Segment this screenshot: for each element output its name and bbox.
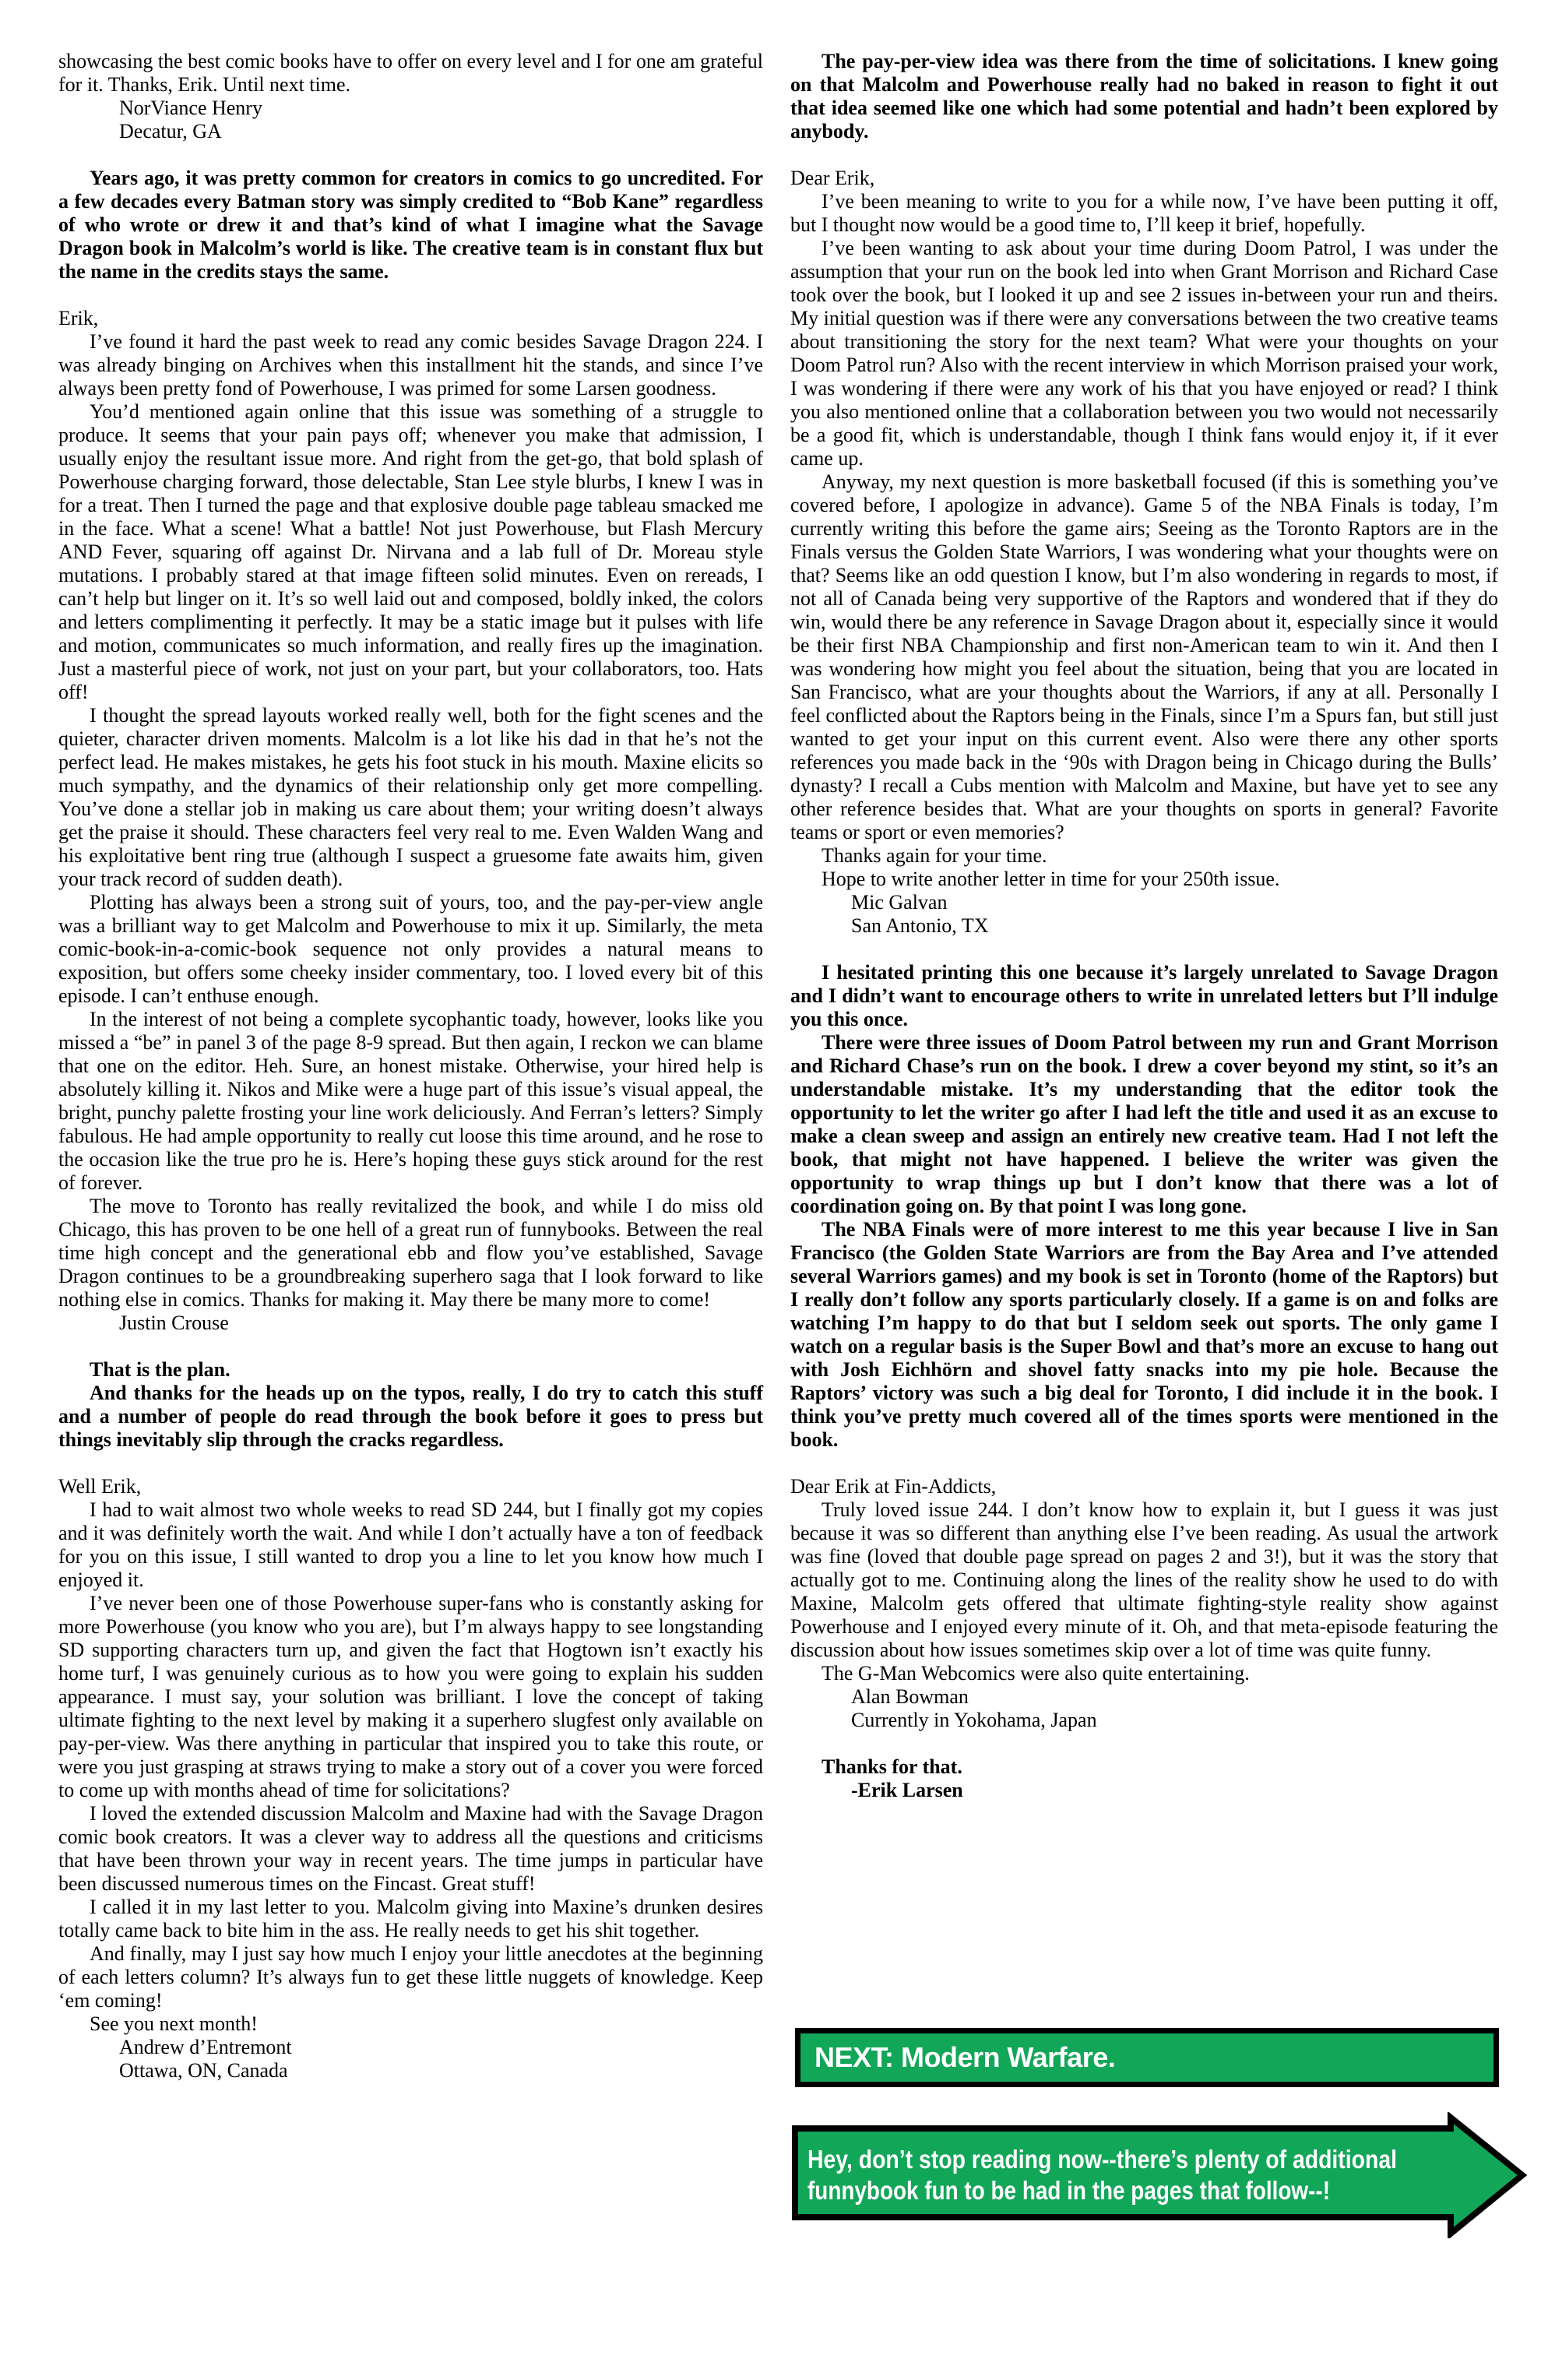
letter-paragraph: I loved the extended discussion Malcolm … — [58, 1802, 763, 1896]
letter-paragraph: I called it in my last letter to you. Ma… — [58, 1896, 763, 1942]
spacer — [58, 1335, 763, 1358]
letters-page: { "page": { "background": "#ffffff", "te… — [0, 0, 1548, 2380]
letter-paragraph: In the interest of not being a complete … — [58, 1008, 763, 1195]
arrow-banner: Hey, don’t stop reading now--there’s ple… — [790, 2112, 1530, 2238]
letter-continuation-paragraph: showcasing the best comic books have to … — [58, 50, 763, 97]
letter-paragraph: See you next month! — [58, 2012, 763, 2036]
letter-paragraph: I had to wait almost two whole weeks to … — [58, 1498, 763, 1592]
letter-paragraph: Plotting has always been a strong suit o… — [58, 891, 763, 1008]
editor-signature: -Erik Larsen — [790, 1779, 1498, 1802]
arrow-text-line1: Hey, don’t stop reading now--there’s ple… — [807, 2145, 1397, 2174]
letter-paragraph: You’d mentioned again online that this i… — [58, 400, 763, 704]
letter-signature: Mic Galvan — [790, 891, 1498, 914]
letter-paragraph: I’ve never been one of those Powerhouse … — [58, 1592, 763, 1802]
letter-signature: Ottawa, ON, Canada — [58, 2059, 763, 2082]
spacer — [790, 938, 1498, 961]
editor-reply-paragraph: The NBA Finals were of more interest to … — [790, 1218, 1498, 1452]
letter-signature: NorViance Henry — [58, 97, 763, 120]
letter-paragraph: I’ve found it hard the past week to read… — [58, 330, 763, 400]
letter-paragraph: The G-Man Webcomics were also quite ente… — [790, 1662, 1498, 1685]
spacer — [790, 1452, 1498, 1475]
editor-reply-paragraph: And thanks for the heads up on the typos… — [58, 1382, 763, 1452]
editor-reply-paragraph: That is the plan. — [58, 1358, 763, 1382]
editor-reply-paragraph: There were three issues of Doom Patrol b… — [790, 1031, 1498, 1218]
right-column: The pay-per-view idea was there from the… — [790, 50, 1498, 1802]
arrow-shape: Hey, don’t stop reading now--there’s ple… — [790, 2112, 1530, 2238]
letter-paragraph: The move to Toronto has really revitaliz… — [58, 1195, 763, 1311]
next-banner: NEXT: Modern Warfare. — [795, 2028, 1499, 2087]
letter-signature: Alan Bowman — [790, 1685, 1498, 1709]
letter-salutation: Well Erik, — [58, 1475, 763, 1498]
letter-signature: Currently in Yokohama, Japan — [790, 1709, 1498, 1732]
letter-paragraph: Hope to write another letter in time for… — [790, 868, 1498, 891]
editor-reply-paragraph: The pay-per-view idea was there from the… — [790, 50, 1498, 143]
next-banner-label: NEXT: Modern Warfare. — [814, 2041, 1115, 2074]
letter-signature: Decatur, GA — [58, 120, 763, 143]
letter-paragraph: And finally, may I just say how much I e… — [58, 1942, 763, 2012]
letter-paragraph: I thought the spread layouts worked real… — [58, 704, 763, 891]
page-root: showcasing the best comic books have to … — [0, 0, 1548, 2380]
letter-paragraph: Thanks again for your time. — [790, 844, 1498, 868]
letter-paragraph: I’ve been wanting to ask about your time… — [790, 237, 1498, 470]
arrow-text-line2: funnybook fun to be had in the pages tha… — [807, 2176, 1330, 2205]
editor-reply-paragraph: Years ago, it was pretty common for crea… — [58, 167, 763, 283]
spacer — [58, 143, 763, 167]
letter-paragraph: Truly loved issue 244. I don’t know how … — [790, 1498, 1498, 1662]
letter-paragraph: Anyway, my next question is more basketb… — [790, 470, 1498, 844]
spacer — [790, 143, 1498, 167]
spacer — [58, 283, 763, 307]
editor-reply-paragraph: I hesitated printing this one because it… — [790, 961, 1498, 1031]
editor-reply-paragraph: Thanks for that. — [790, 1755, 1498, 1779]
letter-salutation: Dear Erik, — [790, 167, 1498, 190]
letter-signature: San Antonio, TX — [790, 914, 1498, 938]
spacer — [58, 1452, 763, 1475]
letter-salutation: Erik, — [58, 307, 763, 330]
letter-signature: Andrew d’Entremont — [58, 2036, 763, 2059]
letter-signature: Justin Crouse — [58, 1311, 763, 1335]
letter-paragraph: I’ve been meaning to write to you for a … — [790, 190, 1498, 237]
letter-salutation: Dear Erik at Fin-Addicts, — [790, 1475, 1498, 1498]
spacer — [790, 1732, 1498, 1755]
left-column: showcasing the best comic books have to … — [58, 50, 763, 2082]
